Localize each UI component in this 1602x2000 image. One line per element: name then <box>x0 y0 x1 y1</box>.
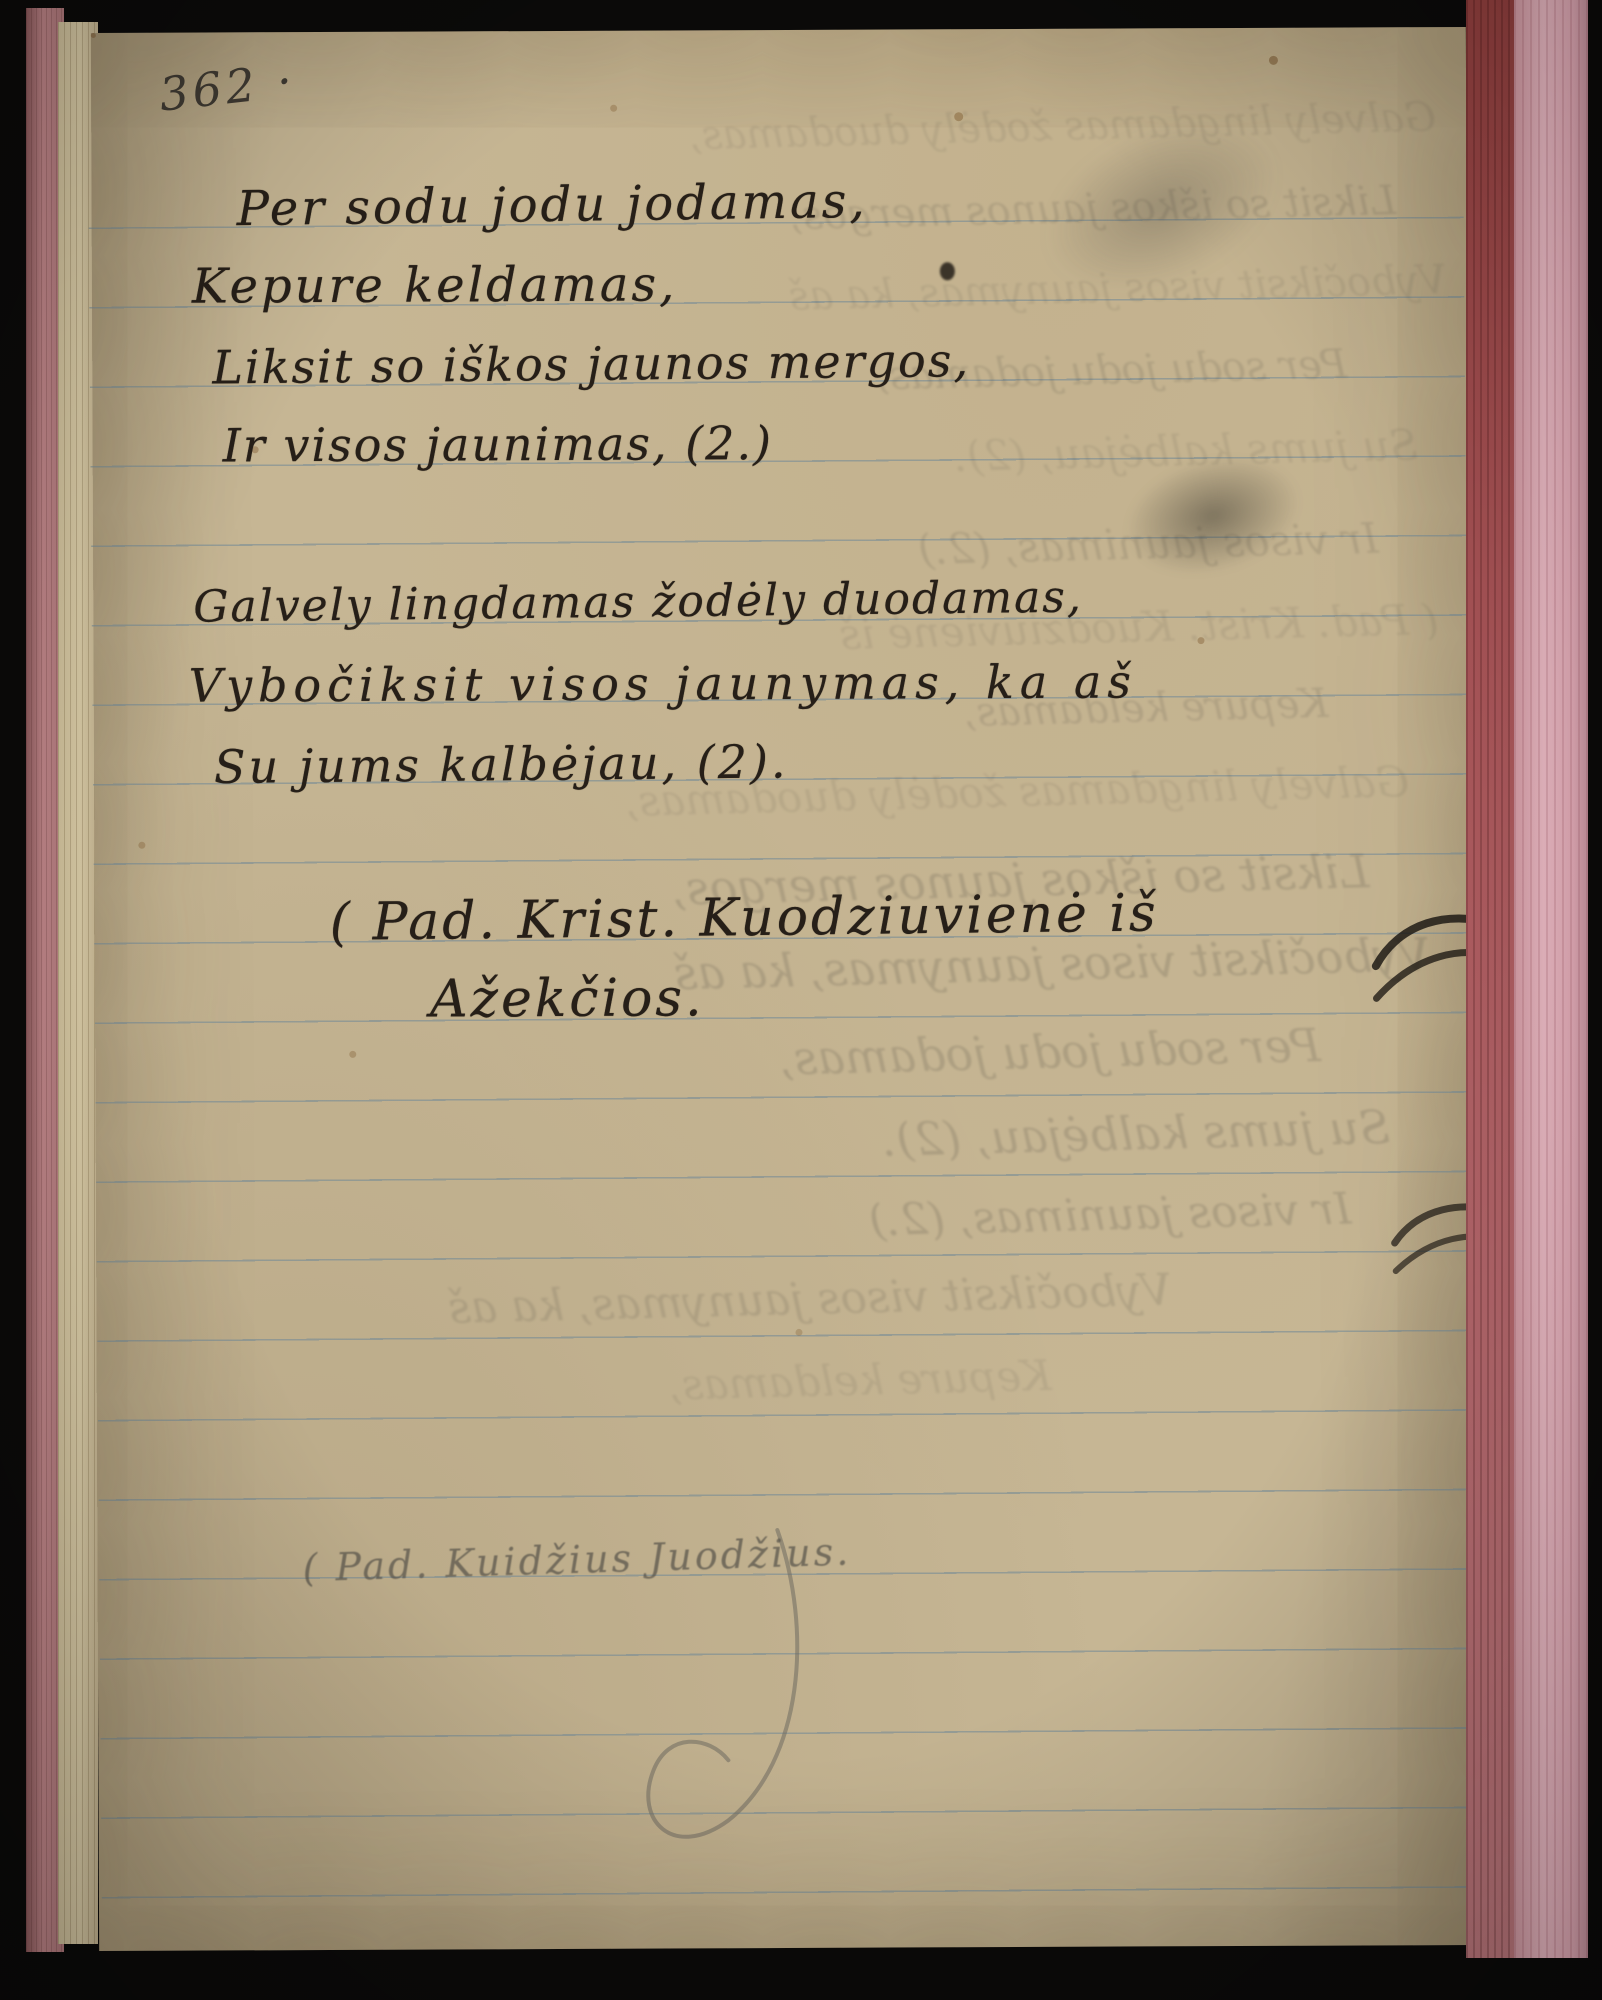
stanza-1: Per sodu jodu jodamas, Kepure keldamas, … <box>91 27 1466 33</box>
verse-line: Per sodu jodu jodamas, <box>236 177 868 233</box>
verse-line: Liksit so iškos jaunos mergos, <box>212 337 970 390</box>
bleedthrough-line: Kepure keldamas, <box>668 1355 1052 1407</box>
verse-line: Ir visos jaunimas, (2.) <box>223 420 774 468</box>
stanza-2: Galvely lingdamas žodėly duodamas, Vyboč… <box>91 27 1466 33</box>
bleedthrough-line: Per sodu jodu jodamas, <box>778 1022 1320 1082</box>
manuscript-page: Galvely lingdamas žodėly duodamas, Liksi… <box>91 27 1474 1951</box>
verse-line: Vybočiksit visos jaunymas, ka aš <box>189 658 1137 708</box>
bleedthrough-layer: Galvely lingdamas žodėly duodamas, Liksi… <box>91 27 1466 33</box>
attribution-line: ( Pad. Krist. Kuodziuvienė iš <box>329 887 1159 948</box>
attribution-line: Ažekčios. <box>430 972 705 1025</box>
page-edges-pink <box>1514 0 1588 1958</box>
bleedthrough-line: Su jums kalbėjau, (2). <box>882 1104 1392 1163</box>
verse-line: Kepure keldamas, <box>192 260 678 310</box>
manuscript-photo: Galvely lingdamas žodėly duodamas, Liksi… <box>0 0 1602 2000</box>
foxing-spots <box>91 33 96 38</box>
verse-line: Su jums kalbėjau, (2). <box>214 738 789 790</box>
page-edges-dark-red <box>1466 0 1514 1958</box>
bleedthrough-line: Su jums kalbėjau, (2). <box>953 424 1418 478</box>
page-number: 362 · <box>157 53 299 122</box>
attribution: ( Pad. Krist. Kuodziuvienė iš Ažekčios. <box>91 27 1466 33</box>
verse-line: Galvely lingdamas žodėly duodamas, <box>193 576 1083 630</box>
bleedthrough-line: Galvely lingdamas žodėly duodamas, <box>689 97 1437 156</box>
bleedthrough-line: Ir visos jaunimas, (2.) <box>868 1187 1351 1243</box>
bleedthrough-line: Ir visos jaunimas, (2.) <box>917 518 1378 572</box>
